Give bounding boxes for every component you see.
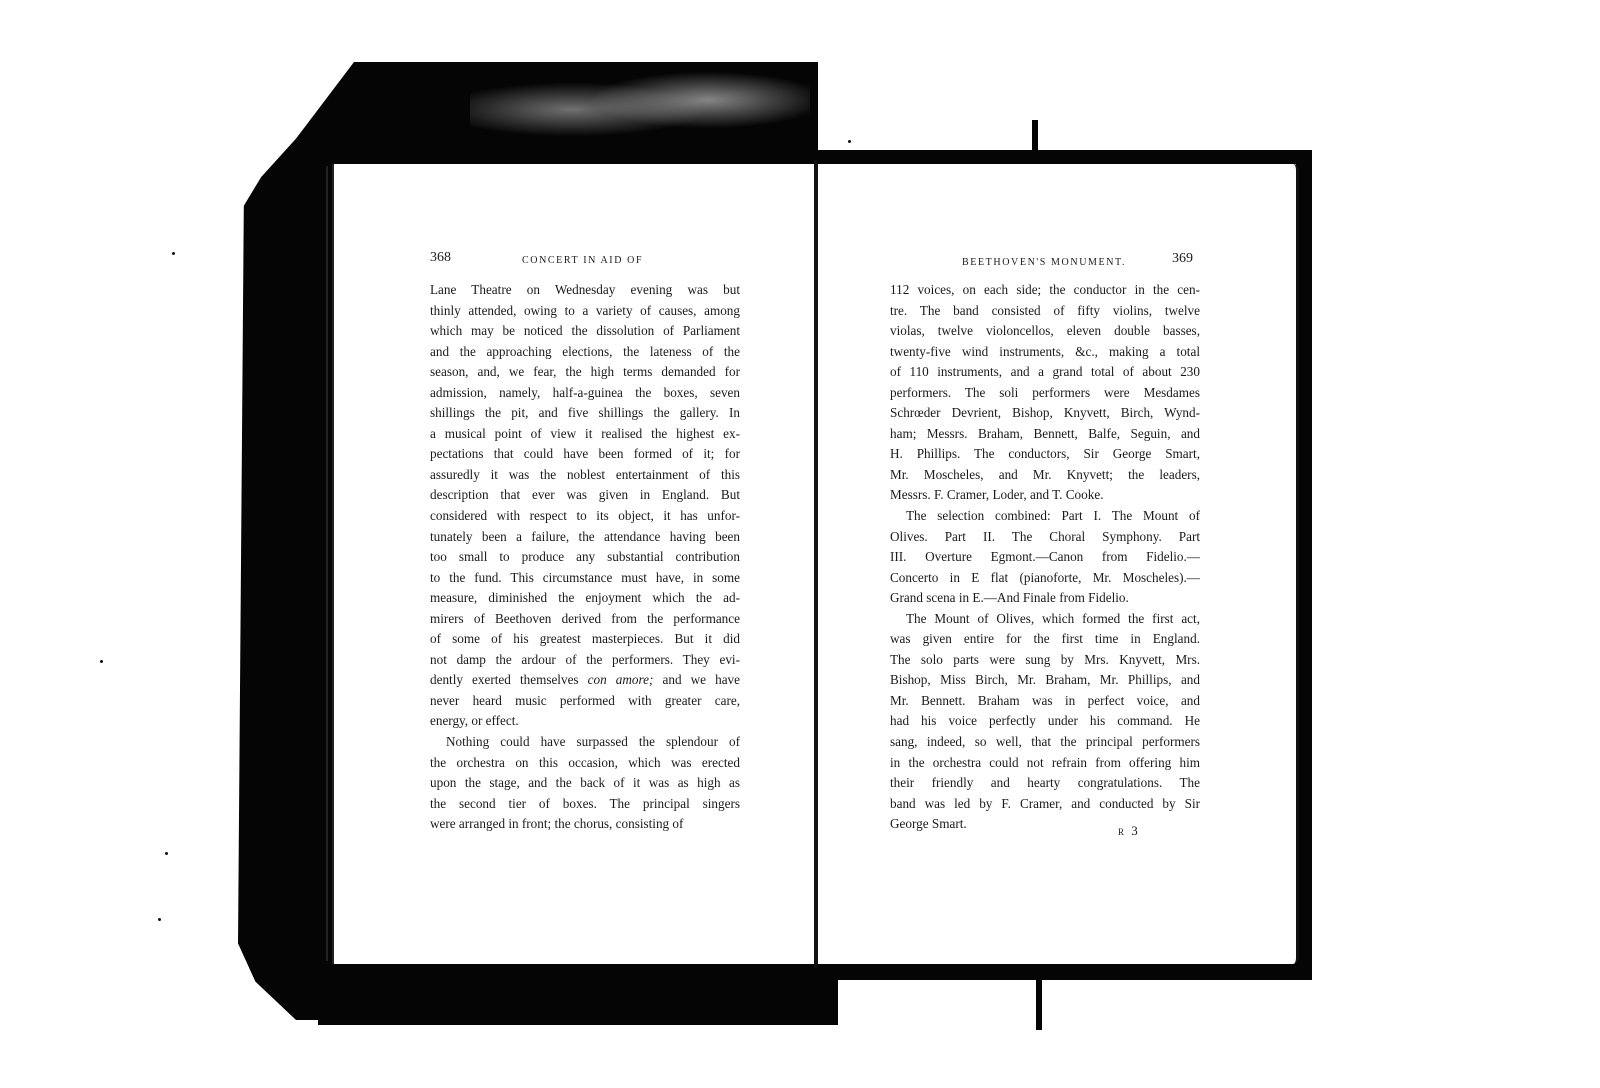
scan-speck — [158, 918, 161, 921]
text-line: Olives. Part II. The Choral Symphony. Pa… — [890, 527, 1200, 548]
book-gutter — [814, 160, 817, 968]
text-line: Nothing could have surpassed the splendo… — [430, 732, 740, 753]
text-line: III. Overture Egmont.—Canon from Fidelio… — [890, 547, 1200, 568]
text-line: the second tier of boxes. The principal … — [430, 794, 740, 815]
text-line: Bishop, Miss Birch, Mr. Braham, Mr. Phil… — [890, 670, 1200, 691]
page-number-right: 369 — [1172, 251, 1193, 267]
text-line: tunately been a failure, the attendance … — [430, 527, 740, 548]
text-line: considered with respect to its object, i… — [430, 506, 740, 527]
text-line: were arranged in front; the chorus, cons… — [430, 814, 740, 835]
signature-letter: R — [1118, 827, 1126, 837]
text-line: never heard music performed with greater… — [430, 691, 740, 712]
text-line: not damp the ardour of the performers. T… — [430, 650, 740, 671]
text-line: admission, namely, half-a-guinea the box… — [430, 383, 740, 404]
text-line: which may be noticed the dissolution of … — [430, 321, 740, 342]
text-line: Messrs. F. Cramer, Loder, and T. Cooke. — [890, 485, 1200, 506]
text-line: assuredly it was the noblest entertainme… — [430, 465, 740, 486]
book-scan: 368 CONCERT IN AID OF Lane Theatre on We… — [0, 0, 1600, 1088]
text-line: dently exerted themselves con amore; and… — [430, 670, 740, 691]
paragraph: Lane Theatre on Wednesday evening was bu… — [430, 280, 740, 732]
text-line: Schrœder Devrient, Bishop, Knyvett, Birc… — [890, 403, 1200, 424]
text-line: ham; Messrs. Braham, Bennett, Balfe, Seg… — [890, 424, 1200, 445]
text-line: tre. The band consisted of fifty violins… — [890, 301, 1200, 322]
right-page-body: 112 voices, on each side; the conductor … — [890, 280, 1200, 835]
book-cover-bottom — [318, 965, 838, 1025]
text-line: Lane Theatre on Wednesday evening was bu… — [430, 280, 740, 301]
text-line: measure, diminished the enjoyment which … — [430, 588, 740, 609]
text-line: description that ever was given in Engla… — [430, 485, 740, 506]
scan-speck — [172, 252, 175, 255]
text-line: violas, twelve violoncellos, eleven doub… — [890, 321, 1200, 342]
book-cover-top-edge — [818, 150, 1312, 164]
text-line: Grand scena in E.—And Finale from Fideli… — [890, 588, 1200, 609]
text-line: mirers of Beethoven derived from the per… — [430, 609, 740, 630]
scan-speck — [165, 852, 168, 855]
text-line: sang, indeed, so well, that the principa… — [890, 732, 1200, 753]
text-line: H. Phillips. The conductors, Sir George … — [890, 444, 1200, 465]
text-line: the orchestra on this occasion, which wa… — [430, 753, 740, 774]
running-head-left: CONCERT IN AID OF — [522, 255, 643, 266]
text-line: thinly attended, owing to a variety of c… — [430, 301, 740, 322]
book-cover-bottom-edge — [818, 962, 1312, 980]
page-number-left: 368 — [430, 250, 451, 266]
text-line: upon the stage, and the back of it was a… — [430, 773, 740, 794]
scan-speck — [848, 140, 851, 143]
running-head-right: BEETHOVEN'S MONUMENT. — [962, 257, 1126, 268]
text-line: season, and, we fear, the high terms dem… — [430, 362, 740, 383]
text-line: performers. The soli performers were Mes… — [890, 383, 1200, 404]
text-line: Mr. Bennett. Braham was in perfect voice… — [890, 691, 1200, 712]
text-line: The solo parts were sung by Mrs. Knyvett… — [890, 650, 1200, 671]
text-line: shillings the pit, and five shillings th… — [430, 403, 740, 424]
cover-wear-mottle — [470, 62, 810, 157]
paragraph: Nothing could have surpassed the splendo… — [430, 732, 740, 835]
text-line: in the orchestra could not refrain from … — [890, 753, 1200, 774]
text-line: and the approaching elections, the laten… — [430, 342, 740, 363]
text-line: too small to produce any substantial con… — [430, 547, 740, 568]
text-line: their friendly and hearty congratulation… — [890, 773, 1200, 794]
text-line: was given entire for the first time in E… — [890, 629, 1200, 650]
text-line: The Mount of Olives, which formed the fi… — [890, 609, 1200, 630]
text-line: to the fund. This circumstance must have… — [430, 568, 740, 589]
paragraph: The selection combined: Part I. The Moun… — [890, 506, 1200, 609]
text-line: 112 voices, on each side; the conductor … — [890, 280, 1200, 301]
book-cover-tab-bottom — [1036, 975, 1042, 1030]
text-line: pectations that could have been formed o… — [430, 444, 740, 465]
text-line: The selection combined: Part I. The Moun… — [890, 506, 1200, 527]
left-page-body: Lane Theatre on Wednesday evening was bu… — [430, 280, 740, 835]
text-line: of some of his greatest masterpieces. Bu… — [430, 629, 740, 650]
book-cover-tab-top — [1032, 120, 1038, 160]
signature-mark: R 3 — [1118, 823, 1140, 839]
text-line: band was led by F. Cramer, and conducted… — [890, 794, 1200, 815]
text-line: Concerto in E flat (pianoforte, Mr. Mosc… — [890, 568, 1200, 589]
text-line: of 110 instruments, and a grand total of… — [890, 362, 1200, 383]
scan-speck — [100, 660, 103, 663]
paragraph: 112 voices, on each side; the conductor … — [890, 280, 1200, 506]
text-line: twenty-five wind instruments, &c., makin… — [890, 342, 1200, 363]
text-line: had his voice perfectly under his comman… — [890, 711, 1200, 732]
text-line: Mr. Moscheles, and Mr. Knyvett; the lead… — [890, 465, 1200, 486]
text-line: energy, or effect. — [430, 711, 740, 732]
text-line: George Smart. — [890, 814, 1200, 835]
text-line: a musical point of view it realised the … — [430, 424, 740, 445]
paragraph: The Mount of Olives, which formed the fi… — [890, 609, 1200, 835]
signature-number: 3 — [1131, 823, 1140, 838]
